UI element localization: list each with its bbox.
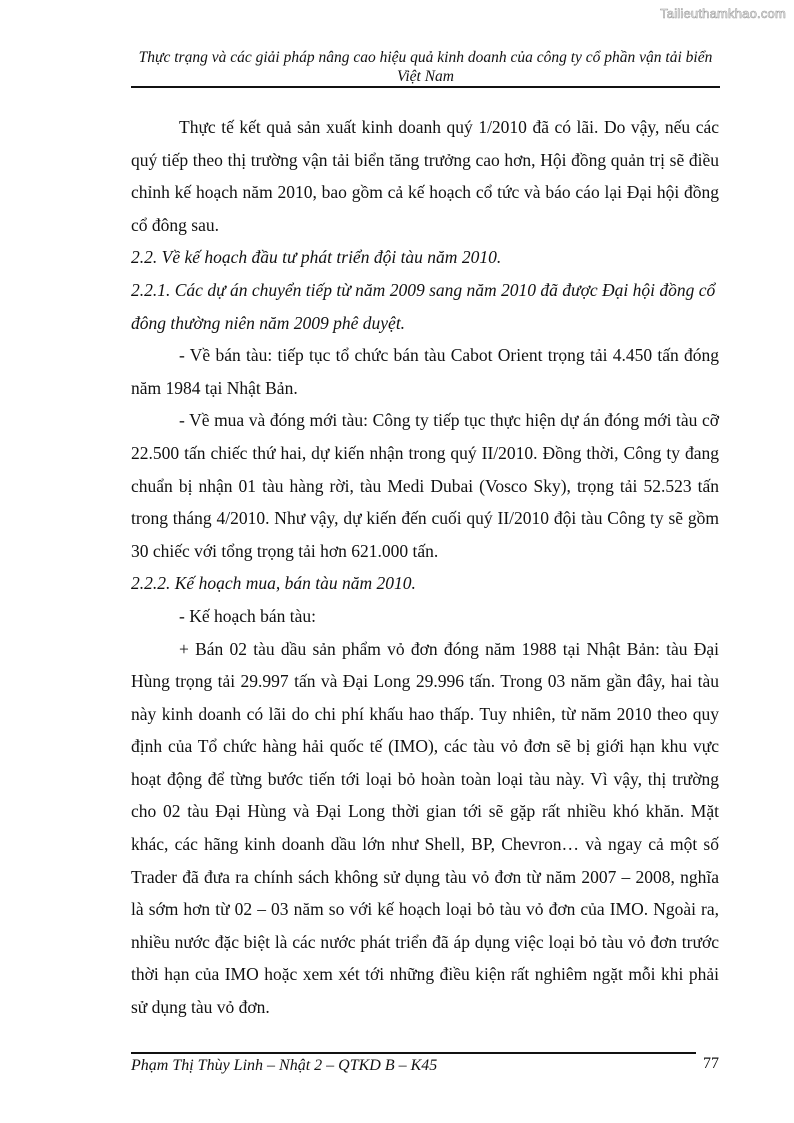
- footer-divider: [131, 1052, 696, 1054]
- page-number: 77: [703, 1055, 719, 1073]
- paragraph-profit-q1: Thực tế kết quả sản xuất kinh doanh quý …: [131, 111, 719, 241]
- watermark: Tailieuthamkhao.com: [660, 6, 786, 21]
- paragraph-ship-sale: - Về bán tàu: tiếp tục tổ chức bán tàu C…: [131, 339, 719, 404]
- section-heading-2-2: 2.2. Về kế hoạch đầu tư phát triển đội t…: [131, 241, 719, 274]
- document-body: Thực tế kết quả sản xuất kinh doanh quý …: [131, 111, 719, 1024]
- paragraph-sale-plan-details: + Bán 02 tàu dầu sản phẩm vỏ đơn đóng nă…: [131, 633, 719, 1024]
- running-header: Thực trạng và các giải pháp nâng cao hiệ…: [131, 48, 720, 86]
- paragraph-sale-plan-label: - Kế hoạch bán tàu:: [131, 600, 719, 633]
- section-heading-2-2-2: 2.2.2. Kế hoạch mua, bán tàu năm 2010.: [131, 567, 719, 600]
- footer-author: Phạm Thị Thùy Linh – Nhật 2 – QTKD B – K…: [131, 1057, 437, 1075]
- paragraph-ship-purchase: - Về mua và đóng mới tàu: Công ty tiếp t…: [131, 404, 719, 567]
- section-heading-2-2-1: 2.2.1. Các dự án chuyển tiếp từ năm 2009…: [131, 274, 719, 339]
- header-divider: [131, 86, 720, 88]
